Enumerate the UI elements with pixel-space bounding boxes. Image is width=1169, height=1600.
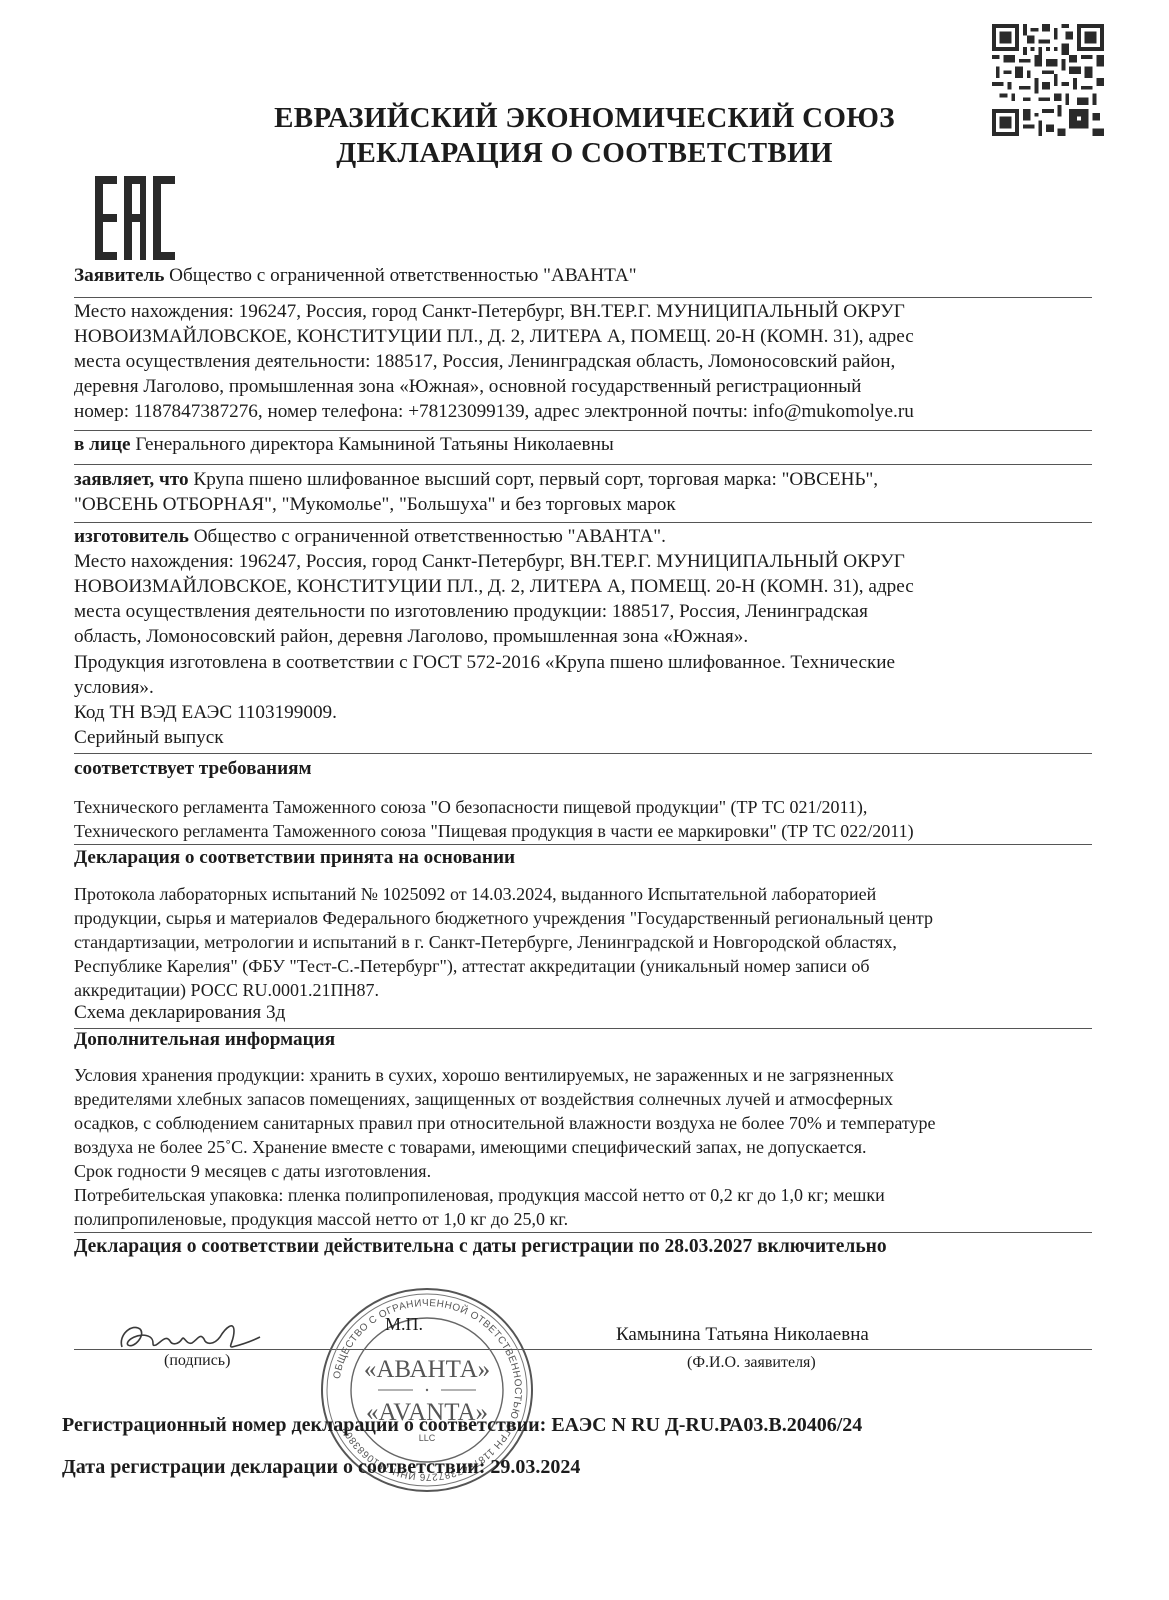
additional-line-5: Срок годности 9 месяцев с даты изготовле… [74, 1159, 431, 1183]
manufacturer-address-4: область, Ломоносовский район, деревня Ла… [74, 625, 748, 649]
additional-line-3: осадков, с соблюдением санитарных правил… [74, 1111, 936, 1135]
declares-line-2: "ОВСЕНЬ ОТБОРНАЯ", "Мукомолье", "Большух… [74, 493, 676, 517]
product-description: Крупа пшено шлифованное высший сорт, пер… [193, 469, 878, 490]
divider [74, 1232, 1092, 1233]
seal-place-label: М.П. [385, 1314, 423, 1335]
additional-line-4: воздуха не более 25˚С. Хранение вместе с… [74, 1135, 867, 1159]
svg-text:«АВАНТА»: «АВАНТА» [364, 1356, 490, 1383]
represented-by-label: в лице [74, 434, 131, 455]
applicant-label: Заявитель [74, 265, 164, 286]
applicant-address-1: Место нахождения: 196247, Россия, город … [74, 300, 905, 324]
manufacturer-line: изготовитель Общество с ограниченной отв… [74, 525, 666, 549]
applicant-address-2: НОВОИЗМАЙЛОВСКОЕ, КОНСТИТУЦИИ ПЛ., Д. 2,… [74, 325, 914, 349]
standard-line-1: Продукция изготовлена в соответствии с Г… [74, 651, 895, 675]
manufacturer-label: изготовитель [74, 526, 189, 547]
registration-number: Регистрационный номер декларации о соотв… [62, 1413, 862, 1437]
additional-line-1: Условия хранения продукции: хранить в су… [74, 1063, 894, 1087]
additional-line-7: полипропиленовые, продукция массой нетто… [74, 1207, 568, 1231]
eac-mark-icon [95, 176, 175, 260]
tn-ved-code: Код ТН ВЭД ЕАЭС 1103199009. [74, 701, 337, 725]
signer-caption: (Ф.И.О. заявителя) [687, 1354, 816, 1372]
basis-label: Декларация о соответствии принята на осн… [74, 846, 515, 870]
divider [74, 753, 1092, 754]
manufacturer-name: Общество с ограниченной ответственностью… [194, 526, 666, 547]
declaration-scheme: Схема декларирования 3д [74, 1001, 285, 1025]
basis-line-1: Протокола лабораторных испытаний № 10250… [74, 882, 876, 906]
manufacturer-address-3: места осуществления деятельности по изго… [74, 600, 868, 624]
requirement-1: Технического регламента Таможенного союз… [74, 795, 867, 819]
divider [74, 522, 1092, 523]
document-title: ДЕКЛАРАЦИЯ О СООТВЕТСТВИИ [0, 137, 1169, 170]
basis-line-5: аккредитации) РОСС RU.0001.21ПН87. [74, 978, 379, 1002]
divider [74, 297, 1092, 298]
registration-date: Дата регистрации декларации о соответств… [62, 1455, 580, 1479]
applicant-name: Общество с ограниченной ответственностью… [169, 265, 636, 286]
divider [74, 464, 1092, 465]
union-title: ЕВРАЗИЙСКИЙ ЭКОНОМИЧЕСКИЙ СОЮЗ [0, 102, 1169, 135]
basis-line-3: стандартизации, метрологии и испытаний в… [74, 930, 897, 954]
requirements-label: соответствует требованиям [74, 757, 312, 781]
validity-statement: Декларация о соответствии действительна … [74, 1235, 887, 1259]
applicant-address-4: деревня Лаголово, промышленная зона «Южн… [74, 375, 861, 399]
requirement-2: Технического регламента Таможенного союз… [74, 819, 914, 843]
release-type: Серийный выпуск [74, 726, 224, 750]
divider [74, 430, 1092, 431]
additional-label: Дополнительная информация [74, 1028, 335, 1052]
signature-line [74, 1349, 1092, 1350]
applicant-line: Заявитель Общество с ограниченной ответс… [74, 264, 637, 288]
declares-label: заявляет, что [74, 469, 189, 490]
declares-line-1: заявляет, что Крупа пшено шлифованное вы… [74, 468, 878, 492]
signer-name: Камынина Татьяна Николаевна [616, 1324, 869, 1346]
manufacturer-address-2: НОВОИЗМАЙЛОВСКОЕ, КОНСТИТУЦИИ ПЛ., Д. 2,… [74, 575, 914, 599]
signature-caption: (подпись) [164, 1352, 230, 1370]
basis-line-4: Республике Карелия" (ФБУ "Тест-С.-Петерб… [74, 954, 870, 978]
standard-line-2: условия». [74, 676, 154, 700]
represented-by-line: в лице Генерального директора Камыниной … [74, 433, 614, 457]
basis-line-2: продукции, сырья и материалов Федерально… [74, 906, 933, 930]
divider [74, 844, 1092, 845]
applicant-address-3: места осуществления деятельности: 188517… [74, 350, 895, 374]
additional-line-2: вредителями хлебных запасов помещениях, … [74, 1087, 893, 1111]
manufacturer-address-1: Место нахождения: 196247, Россия, город … [74, 550, 905, 574]
additional-line-6: Потребительская упаковка: пленка полипро… [74, 1183, 885, 1207]
applicant-address-5: номер: 1187847387276, номер телефона: +7… [74, 400, 914, 424]
represented-by-name: Генерального директора Камыниной Татьяны… [135, 434, 613, 455]
